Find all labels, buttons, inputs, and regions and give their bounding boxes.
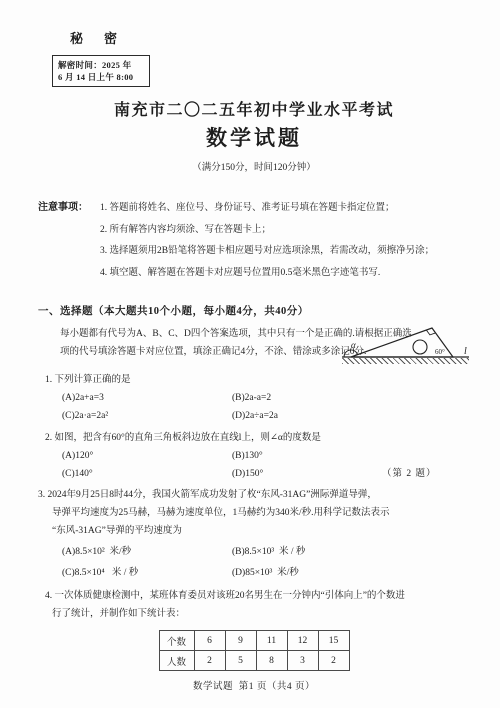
note-item: 4. 填空题、解答题在答题卡对应题号位置用0.5毫米黑色字迹笔书写. xyxy=(100,266,470,280)
exam-meta: （满分150分，时间120分钟） xyxy=(38,159,470,173)
option-b: (B)8.5×10³ 米 / 秒 xyxy=(232,542,470,563)
table-cell: 人数 xyxy=(159,651,194,671)
line-l-label: l xyxy=(464,346,467,357)
question-1-text: 1. 下列计算正确的是 xyxy=(38,371,470,389)
question-2: 2. 如图，把含有60°的直角三角板斜边放在直线l上，则∠α的度数是 (A)12… xyxy=(38,429,470,483)
decrypt-time-box: 解密时间：2025 年 6 月 14 日上午 8:00 xyxy=(52,55,150,87)
section-heading: 一、选择题（本大题共10个小题，每小题4分，共40分） xyxy=(38,303,470,318)
question-4-line: 4. 一次体质健康检测中，某班体育委员对该班20名男生在一分钟内“引体向上”的个… xyxy=(38,587,470,605)
triangle-diagram: α 60° l xyxy=(341,324,473,370)
finger-hole xyxy=(413,340,427,354)
question-3-line: 导弹平均速度为25马赫，马赫为速度单位，1马赫约为340米/秒.用科学记数法表示 xyxy=(38,504,470,522)
table-row: 个数 6 9 11 12 15 xyxy=(159,631,349,651)
table-cell: 6 xyxy=(194,631,225,651)
page-footer: 数学试题 第1 页（共4 页） xyxy=(38,678,470,692)
table-row: 人数 2 5 8 3 2 xyxy=(159,651,349,671)
secrecy-label: 秘 密 xyxy=(70,28,470,47)
option-d: (D)150° xyxy=(232,465,382,483)
spacer xyxy=(382,447,470,465)
decrypt-line-1: 解密时间：2025 年 xyxy=(58,59,145,71)
question-3-line: “东风-31AG”导弹的平均速度为 xyxy=(38,522,470,540)
angle-60-label: 60° xyxy=(435,348,445,356)
option-a: (A)120° xyxy=(62,447,232,465)
decrypt-line-2: 6 月 14 日上午 8:00 xyxy=(58,71,145,83)
option-d: (D)85×10³ 米/秒 xyxy=(232,563,470,584)
option-c: (C)140° xyxy=(62,465,232,483)
table-cell: 5 xyxy=(225,651,256,671)
table-cell: 2 xyxy=(318,651,349,671)
option-b: (B)130° xyxy=(232,447,382,465)
stats-table: 个数 6 9 11 12 15 人数 2 5 8 3 2 xyxy=(159,630,350,671)
option-c: (C)8.5×10⁴ 米 / 秒 xyxy=(62,563,232,584)
question-1-options: (A)2a+a=3 (B)2a-a=2 (C)2a·a=2a² (D)2a÷a=… xyxy=(38,389,470,425)
option-a: (A)8.5×10² 米/秒 xyxy=(62,542,232,563)
question-2-text: 2. 如图，把含有60°的直角三角板斜边放在直线l上，则∠α的度数是 xyxy=(38,429,470,447)
table-cell: 12 xyxy=(287,631,318,651)
question-4-line: 行了统计，并制作如下统计表： xyxy=(38,605,470,623)
alpha-label: α xyxy=(351,340,356,350)
note-item: 1. 答题前将姓名、座位号、身份证号、准考证号填在答题卡指定位置； xyxy=(100,201,470,215)
table-cell: 个数 xyxy=(159,631,194,651)
option-b: (B)2a-a=2 xyxy=(232,389,470,407)
option-a: (A)2a+a=3 xyxy=(62,389,232,407)
exam-title: 南充市二〇二五年初中学业水平考试 xyxy=(38,97,470,120)
question-2-figure: α 60° l xyxy=(341,324,473,370)
table-cell: 11 xyxy=(256,631,287,651)
note-item: 3. 选择题须用2B铅笔将答题卡相应题号对应选项涂黑，若需改动，须擦净另涂； xyxy=(100,244,470,258)
question-3-line: 3. 2024年9月25日8时44分，我国火箭军成功发射了枚“东风-31AG”洲… xyxy=(38,486,470,504)
question-2-options: (A)120° (B)130° (C)140° (D)150° （第 2 题） xyxy=(38,447,470,483)
question-3: 3. 2024年9月25日8时44分，我国火箭军成功发射了枚“东风-31AG”洲… xyxy=(38,486,470,584)
question-3-options: (A)8.5×10² 米/秒 (B)8.5×10³ 米 / 秒 (C)8.5×1… xyxy=(38,542,470,584)
question-1: 1. 下列计算正确的是 (A)2a+a=3 (B)2a-a=2 (C)2a·a=… xyxy=(38,371,470,425)
table-cell: 8 xyxy=(256,651,287,671)
question-4: 4. 一次体质健康检测中，某班体育委员对该班20名男生在一分钟内“引体向上”的个… xyxy=(38,587,470,623)
table-cell: 2 xyxy=(194,651,225,671)
notes-section: 注意事项： 1. 答题前将姓名、座位号、身份证号、准考证号填在答题卡指定位置； … xyxy=(38,201,470,287)
exam-subject-title: 数学试题 xyxy=(38,122,470,152)
table-cell: 15 xyxy=(318,631,349,651)
table-cell: 3 xyxy=(287,651,318,671)
figure-caption: （第 2 题） xyxy=(382,465,470,483)
option-c: (C)2a·a=2a² xyxy=(62,407,232,425)
notes-label: 注意事项： xyxy=(38,201,100,287)
table-cell: 9 xyxy=(225,631,256,651)
note-item: 2. 所有解答内容均须涂、写在答题卡上； xyxy=(100,223,470,237)
exam-page: 秘 密 解密时间：2025 年 6 月 14 日上午 8:00 南充市二〇二五年… xyxy=(0,0,500,708)
notes-items: 1. 答题前将姓名、座位号、身份证号、准考证号填在答题卡指定位置； 2. 所有解… xyxy=(100,201,470,287)
option-d: (D)2a÷a=2a xyxy=(232,407,470,425)
